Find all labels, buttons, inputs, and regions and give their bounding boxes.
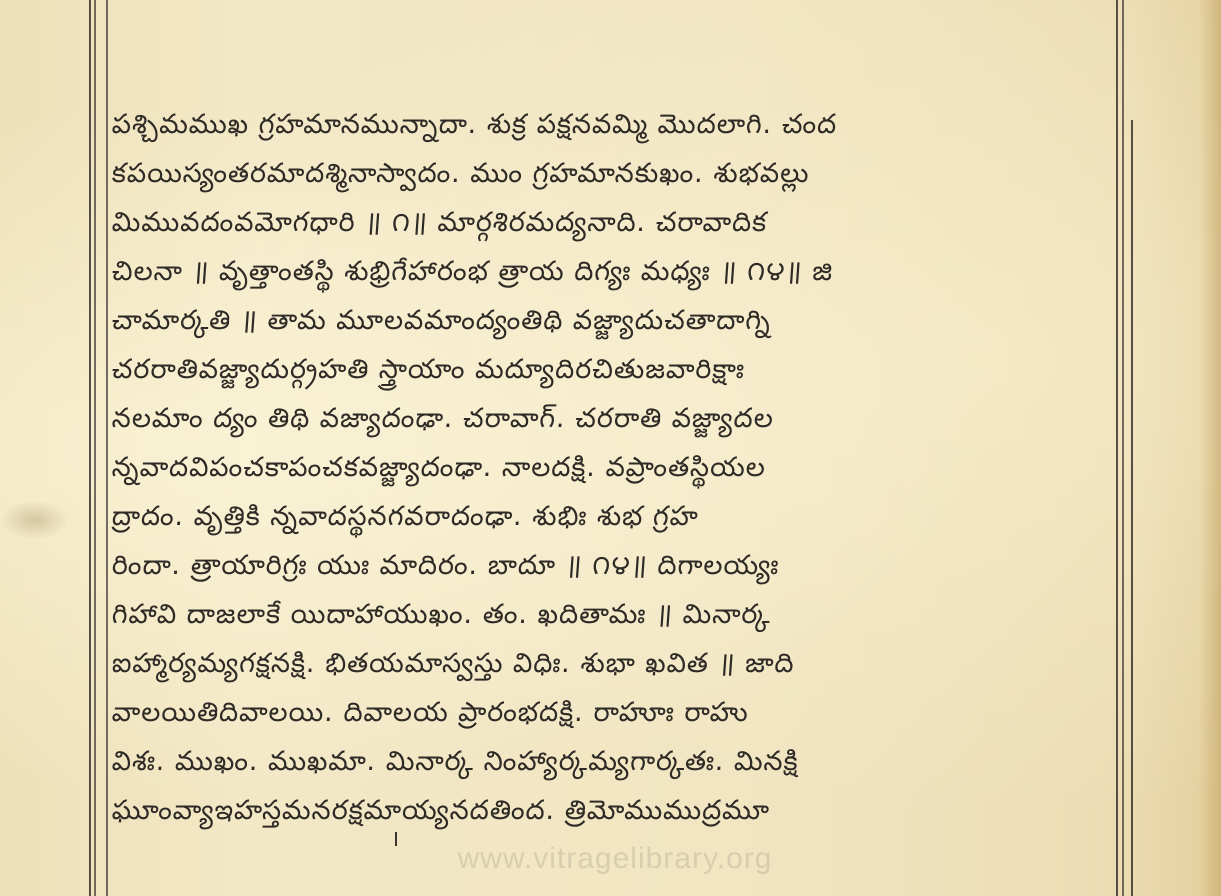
ink-mark: [395, 832, 397, 846]
text-line: న్నవాదవిపంచకాపంచకవజ్జ్యాదంఢా. నాలదక్షి. …: [110, 443, 1113, 492]
text-line: రిందా. త్రాయారిగ్రః యుః మాదిరం. బాదూ ॥ ౧…: [110, 541, 1113, 590]
text-line: పశ్చిమముఖ గ్రహమానమున్నాదా. శుక్ర పక్షనవమ…: [110, 100, 1113, 149]
text-line: మిమువదంవమోగధారి ॥ ౧॥ మార్గశిరమద్యనాది. చ…: [110, 198, 1113, 247]
text-line: గిహావి దాజలాకే యిదాహాయుఖం. తం. ఖదితామః ॥…: [110, 590, 1113, 639]
watermark: www.vitragelibrary.org: [430, 842, 800, 876]
text-line: కపయిస్యంతరమాదశ్మినాస్వాదం. ముం గ్రహమానకు…: [110, 149, 1113, 198]
left-margin-rule: [94, 0, 96, 896]
text-line: చరరాతివజ్జ్యాదుర్గ్రహతి స్త్రాయాం మద్యూద…: [110, 345, 1113, 394]
left-margin-rule: [106, 0, 108, 896]
text-line: చిలనా ॥ వృత్తాంతస్థి శుభ్రిగేహారంభ త్రాయ…: [110, 247, 1113, 296]
text-line: వాలయితిదివాలయి. దివాలయ ప్రారంభదక్షి. రాహ…: [110, 688, 1113, 737]
text-line: నలమాం ద్యం తిథి వజ్యాదంఢా. చరావాగ్. చరరా…: [110, 394, 1113, 443]
paper-stain: [0, 500, 70, 540]
right-margin-rule: [1131, 120, 1133, 896]
text-line: చామార్కతి ॥ తామ మూలవమాంద్యంతిథి వజ్జ్యాద…: [110, 296, 1113, 345]
right-margin-rule: [1122, 0, 1124, 896]
text-line: ఘూంవ్యాఇహస్తమనరక్షమాయ్యనదతింద. త్రిమోముమ…: [110, 786, 1113, 835]
text-line: ద్రాదం. వృత్తికి న్నవాదస్థనగవరాదంఢా. శుభ…: [110, 492, 1113, 541]
text-line: ఐహ్మార్యమ్యగక్షనక్షి. భితయమాస్వస్తు విధి…: [110, 639, 1113, 688]
right-margin-rule: [1116, 0, 1118, 896]
left-margin-rule: [89, 0, 91, 896]
manuscript-text: పశ్చిమముఖ గ్రహమానమున్నాదా. శుక్ర పక్షనవమ…: [112, 100, 1112, 835]
text-line: విశః. ముఖం. ముఖమా. మినార్క నింహ్యార్కమ్య…: [110, 737, 1113, 786]
page-edge-shadow: [1199, 0, 1221, 896]
